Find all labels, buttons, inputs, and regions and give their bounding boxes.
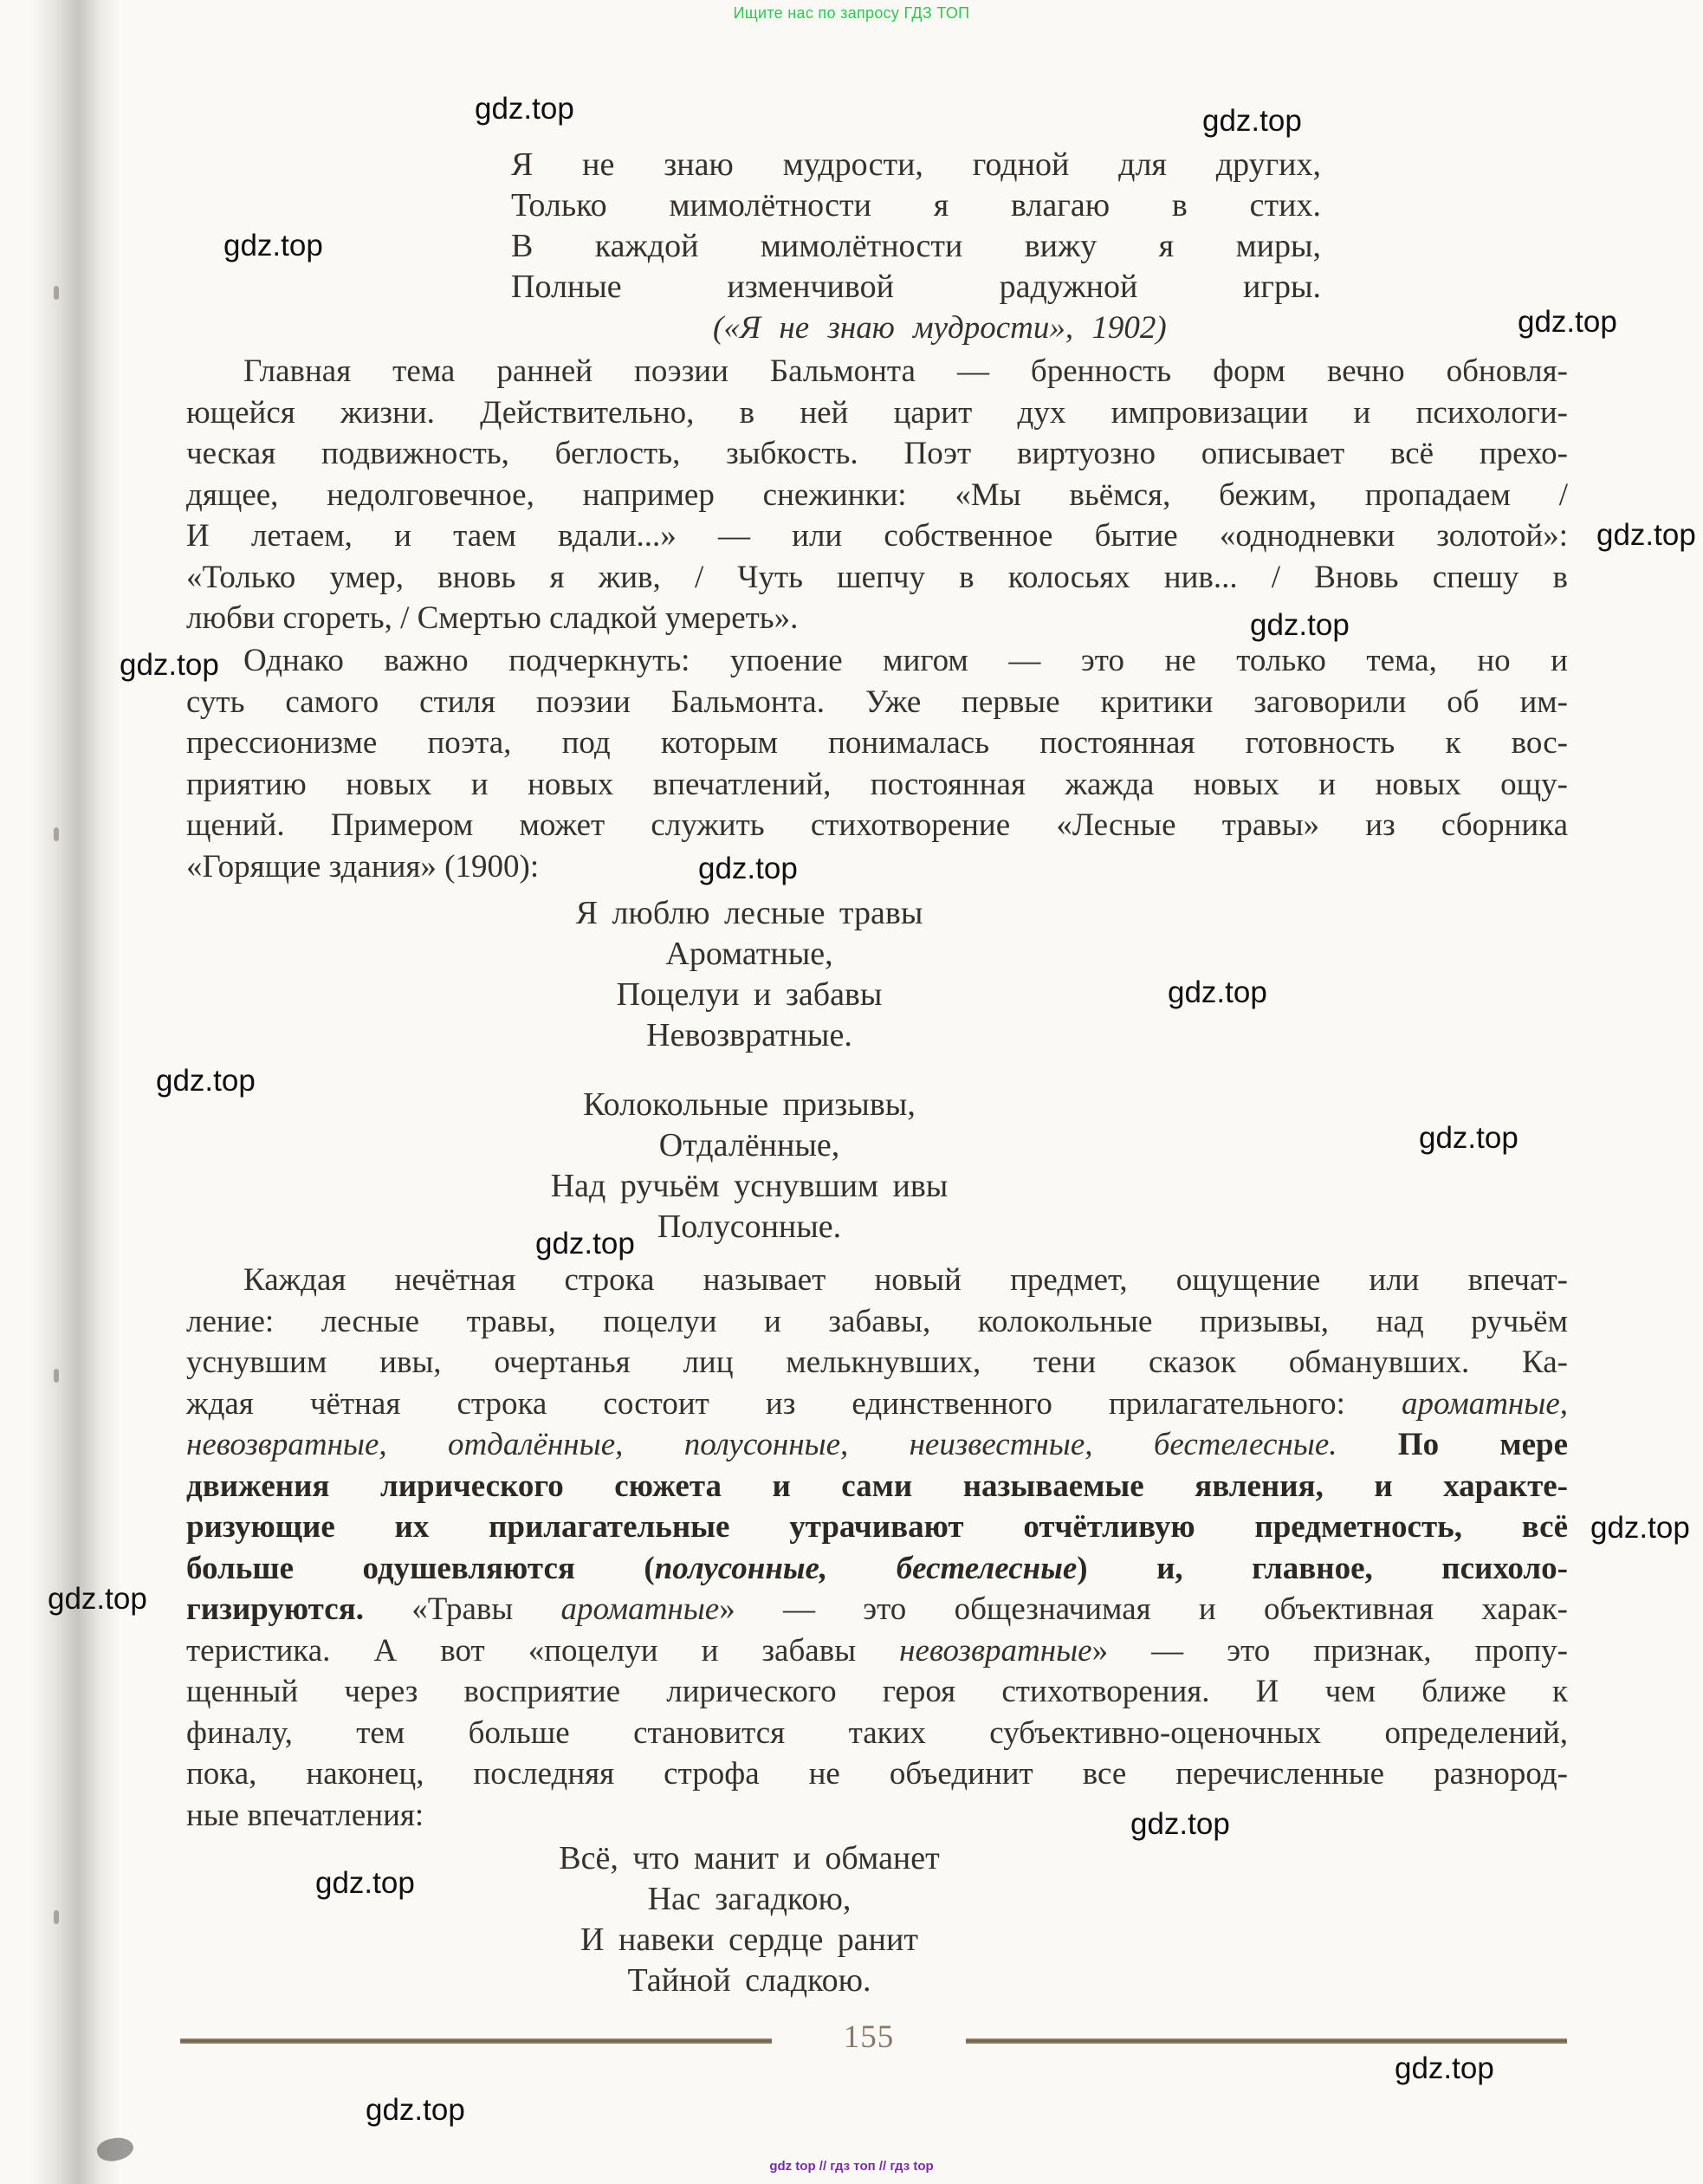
poem-line: Только мимолётности я влагаю в стих. [511,185,1321,226]
paragraph-line: «Горящие здания» (1900): [186,846,1568,888]
promo-header-text: Ищите нас по запросу ГДЗ ТОП [0,4,1703,23]
gdz-watermark: gdz.top [535,1228,635,1259]
poem-line: Я не знаю мудрости, годной для других, [511,145,1321,185]
poem-line: Ароматные, [273,934,1226,975]
paragraph-line: суть самого стиля поэзии Бальмонта. Уже … [186,682,1568,723]
binding-mark [54,1910,59,1924]
paragraph-line: Каждая нечётная строка называет новый пр… [186,1260,1568,1301]
poem-quote-1: Я не знаю мудрости, годной для других,То… [511,145,1321,348]
gdz-watermark: gdz.top [1518,307,1617,337]
gdz-watermark: gdz.top [315,1868,415,1898]
paragraph-line: невозвратные, отдалённые, полусонные, не… [186,1424,1568,1466]
paragraph-line: гизируются. «Травы ароматные» — это обще… [186,1589,1568,1630]
poem-line: Колокольные призывы, [273,1085,1226,1125]
book-spine-shadow [31,0,121,2184]
binding-mark [54,286,59,300]
paragraph-line: прессионизме поэта, под которым понимала… [186,723,1568,764]
poem-quote-3: Всё, что манит и обманетНас загадкою,И н… [273,1838,1226,2001]
gdz-watermark: gdz.top [475,94,574,124]
poem-quote-2-stanza-2: Колокольные призывы,Отдалённые,Над ручьё… [273,1085,1226,1248]
paragraph-line: теристика. А вот «поцелуи и забавы невоз… [186,1630,1568,1672]
gdz-watermark: gdz.top [156,1066,256,1096]
paragraph-line: Главная тема ранней поэзии Бальмонта — б… [186,351,1568,392]
paragraph-line: ческая подвижность, беглость, зыбкость. … [186,433,1568,475]
paragraph-2: Однако важно подчеркнуть: упоение мигом … [186,640,1568,887]
gdz-watermark: gdz.top [366,2095,465,2125]
gdz-watermark: gdz.top [1590,1513,1690,1543]
poem-line: Нас загадкою, [273,1879,1226,1920]
paragraph-line: любви сгореть, / Смертью сладкой умереть… [186,598,1568,639]
poem-line: Я люблю лесные травы [273,893,1226,934]
gdz-watermark: gdz.top [223,230,323,261]
paragraph-line: щенный через восприятие лирического геро… [186,1671,1568,1713]
poem-line: Полные изменчивой радужной игры. [511,267,1321,308]
page-number: 155 [772,2019,966,2056]
paragraph-line: пока, наконец, последняя строфа не объед… [186,1753,1568,1795]
poem-line: И навеки сердце ранит [273,1920,1226,1960]
gdz-watermark: gdz.top [1202,106,1302,136]
poem-line: Поцелуи и забавы [273,975,1226,1015]
paragraph-line: дящее, недолговечное, например снежинки:… [186,475,1568,516]
promo-footer-text: gdz top // гдз топ // гдз top [0,2159,1703,2174]
paragraph-line: больше одушевляются (полусонные, бестеле… [186,1548,1568,1590]
poem-line: В каждой мимолётности вижу я миры, [511,226,1321,267]
gdz-watermark: gdz.top [1130,1809,1230,1839]
gdz-watermark: gdz.top [1250,610,1350,640]
binding-mark [54,1369,59,1383]
poem-quote-1-lines: Я не знаю мудрости, годной для других,То… [511,145,1321,308]
paragraph-line: уснувшим ивы, очертанья лиц мелькнувших,… [186,1342,1568,1384]
paragraph-line: ждая чётная строка состоит из единственн… [186,1384,1568,1425]
paragraph-line: движения лирического сюжета и сами назыв… [186,1466,1568,1507]
poem-line: Невозвратные. [273,1015,1226,1056]
poem-citation: («Я не знаю мудрости», 1902) [511,308,1321,348]
gdz-watermark: gdz.top [120,650,219,680]
gdz-watermark: gdz.top [1596,520,1696,550]
poem-line: Отдалённые, [273,1125,1226,1166]
paragraph-line: ные впечатления: [186,1795,1568,1837]
paragraph-1: Главная тема ранней поэзии Бальмонта — б… [186,351,1568,639]
paragraph-3: Каждая нечётная строка называет новый пр… [186,1260,1568,1836]
paragraph-line: приятию новых и новых впечатлений, посто… [186,764,1568,806]
footer-rule-left [180,2038,772,2044]
paragraph-line: щений. Примером может служить стихотворе… [186,805,1568,846]
gdz-watermark: gdz.top [698,853,798,884]
paragraph-line: ющейся жизни. Действительно, в ней царит… [186,392,1568,434]
paragraph-line: И летаем, и таем вдали...» — или собстве… [186,515,1568,557]
paragraph-line: ризующие их прилагательные утрачивают от… [186,1507,1568,1548]
poem-line: Полусонные. [273,1207,1226,1248]
poem-line: Всё, что манит и обманет [273,1838,1226,1879]
gdz-watermark: gdz.top [1168,977,1267,1008]
poem-quote-2-stanza-1: Я люблю лесные травыАроматные,Поцелуи и … [273,893,1226,1056]
paragraph-line: ление: лесные травы, поцелуи и забавы, к… [186,1301,1568,1343]
binding-mark [54,827,59,841]
gdz-watermark: gdz.top [1419,1123,1518,1153]
footer-rule-right [966,2038,1567,2044]
poem-line: Тайной сладкою. [273,1960,1226,2001]
poem-line: Над ручьём уснувшим ивы [273,1166,1226,1207]
gdz-watermark: gdz.top [1395,2053,1494,2084]
paragraph-line: «Только умер, вновь я жив, / Чуть шепчу … [186,557,1568,599]
gdz-watermark: gdz.top [48,1584,147,1614]
paragraph-line: финалу, тем больше становится таких субъ… [186,1713,1568,1754]
paragraph-line: Однако важно подчеркнуть: упоение мигом … [186,640,1568,682]
